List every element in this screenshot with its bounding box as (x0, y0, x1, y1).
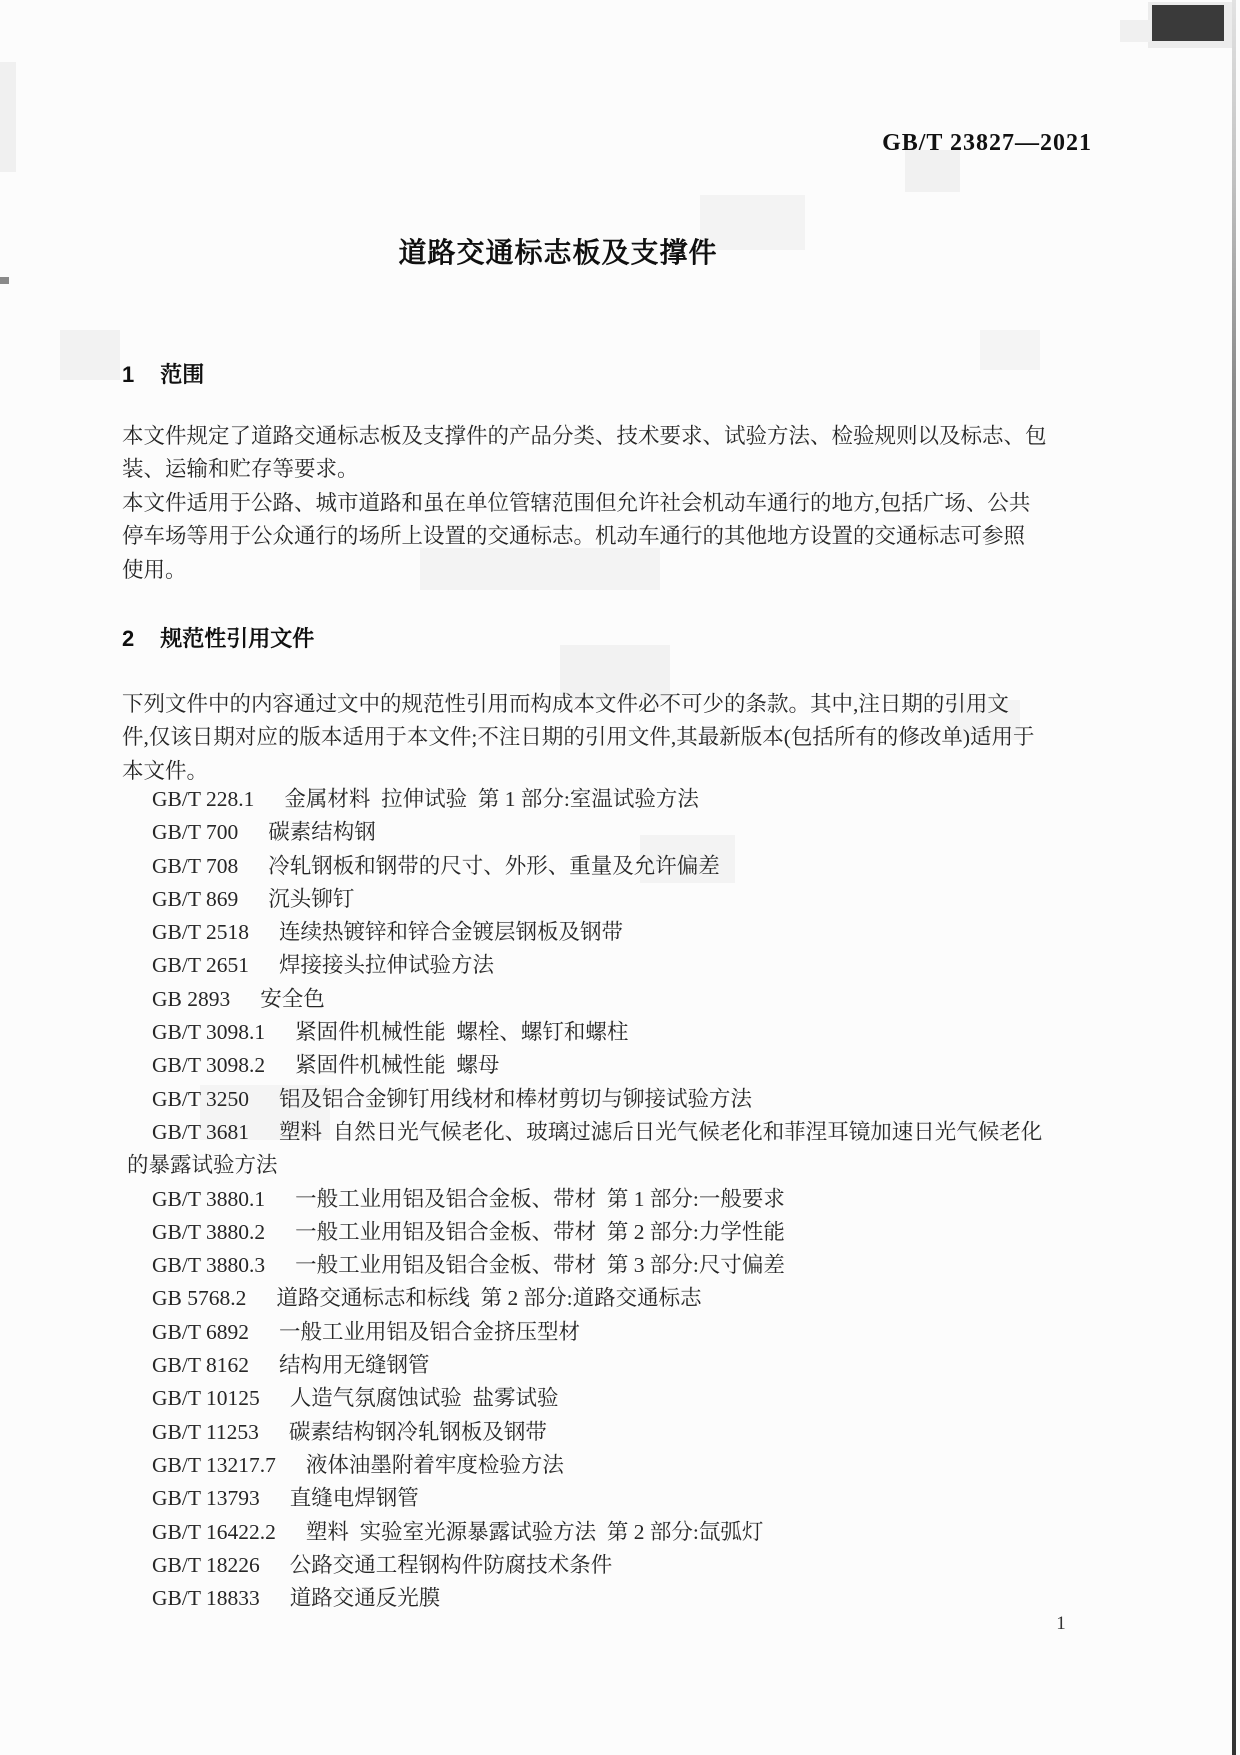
reference-line: GB/T 2651焊接接头拉伸试验方法 (122, 949, 994, 982)
reference-title: 焊接接头拉伸试验方法 (279, 953, 494, 977)
reference-code: GB/T 10125 (152, 1386, 260, 1410)
reference-code: GB/T 3880.1 (152, 1187, 265, 1211)
references-intro-paragraph: 下列文件中的内容通过文中的规范性引用而构成本文件必不可少的条款。其中,注日期的引… (122, 688, 994, 788)
reference-line: GB 2893安全色 (122, 983, 994, 1016)
normative-references-list: GB/T 228.1金属材料 拉伸试验 第 1 部分:室温试验方法GB/T 70… (122, 783, 994, 1615)
reference-code: GB/T 6892 (152, 1320, 249, 1344)
reference-line: GB/T 3880.3一般工业用铝及铝合金板、带材 第 3 部分:尺寸偏差 (122, 1249, 994, 1282)
document-page: GB/T 23827—2021 道路交通标志板及支撑件 1范围 本文件规定了道路… (0, 0, 1240, 1755)
reference-title: 塑料 实验室光源暴露试验方法 第 2 部分:氙弧灯 (306, 1520, 763, 1544)
reference-title: 碳素结构钢 (268, 820, 376, 844)
reference-title: 公路交通工程钢构件防腐技术条件 (290, 1553, 613, 1577)
reference-title: 道路交通标志和标线 第 2 部分:道路交通标志 (276, 1286, 701, 1310)
scope-paragraph-2: 本文件适用于公路、城市道路和虽在单位管辖范围但允许社会机动车通行的地方,包括广场… (122, 487, 994, 587)
reference-code: GB/T 13217.7 (152, 1453, 276, 1477)
reference-title: 沉头铆钉 (268, 887, 354, 911)
scan-artifact (1148, 2, 1236, 48)
scan-artifact (60, 330, 120, 380)
reference-title: 紧固件机械性能 螺栓、螺钉和螺柱 (295, 1020, 628, 1044)
reference-title: 人造气氛腐蚀试验 盐雾试验 (290, 1386, 559, 1410)
reference-code: GB/T 2651 (152, 953, 249, 977)
text-line: 本文件适用于公路、城市道路和虽在单位管辖范围但允许社会机动车通行的地方,包括广场… (122, 487, 994, 520)
reference-title: 结构用无缝钢管 (279, 1353, 430, 1377)
text-line: 件,仅该日期对应的版本适用于本文件;不注日期的引用文件,其最新版本(包括所有的修… (122, 721, 994, 754)
reference-line: GB/T 3681塑料 自然日光气候老化、玻璃过滤后日光气候老化和菲涅耳镜加速日… (122, 1116, 994, 1149)
reference-title: 一般工业用铝及铝合金挤压型材 (279, 1320, 580, 1344)
text-line: 停车场等用于公众通行的场所上设置的交通标志。机动车通行的其他地方设置的交通标志可… (122, 520, 994, 553)
reference-line: GB/T 11253碳素结构钢冷轧钢板及钢带 (122, 1416, 994, 1449)
reference-line: GB/T 18833道路交通反光膜 (122, 1582, 994, 1615)
page-number: 1 (1048, 1611, 1074, 1637)
reference-code: GB/T 228.1 (152, 787, 254, 811)
reference-line: GB/T 8162结构用无缝钢管 (122, 1349, 994, 1382)
reference-line: GB/T 18226公路交通工程钢构件防腐技术条件 (122, 1549, 994, 1582)
reference-code: GB/T 700 (152, 820, 238, 844)
reference-line: GB/T 13793直缝电焊钢管 (122, 1482, 994, 1515)
reference-code: GB 2893 (152, 987, 230, 1011)
reference-title: 直缝电焊钢管 (290, 1486, 419, 1510)
reference-code: GB/T 2518 (152, 920, 249, 944)
reference-line: GB/T 16422.2塑料 实验室光源暴露试验方法 第 2 部分:氙弧灯 (122, 1516, 994, 1549)
text-line: 装、运输和贮存等要求。 (122, 453, 994, 486)
reference-title: 液体油墨附着牢度检验方法 (306, 1453, 564, 1477)
reference-code: GB 5768.2 (152, 1286, 246, 1310)
reference-line: GB/T 3098.1紧固件机械性能 螺栓、螺钉和螺柱 (122, 1016, 994, 1049)
reference-title: 铝及铝合金铆钉用线材和棒材剪切与铆接试验方法 (279, 1087, 752, 1111)
scope-paragraph-1: 本文件规定了道路交通标志板及支撑件的产品分类、技术要求、试验方法、检验规则以及标… (122, 420, 994, 487)
scan-artifact-left-tick (0, 277, 9, 284)
reference-code: GB/T 18833 (152, 1586, 260, 1610)
reference-code: GB/T 11253 (152, 1420, 259, 1444)
reference-line: GB/T 708冷轧钢板和钢带的尺寸、外形、重量及允许偏差 (122, 850, 994, 883)
reference-line: GB 5768.2道路交通标志和标线 第 2 部分:道路交通标志 (122, 1282, 994, 1315)
reference-line: GB/T 13217.7液体油墨附着牢度检验方法 (122, 1449, 994, 1482)
reference-title: 一般工业用铝及铝合金板、带材 第 2 部分:力学性能 (295, 1220, 785, 1244)
section-title: 范围 (160, 362, 204, 387)
reference-title: 紧固件机械性能 螺母 (295, 1053, 499, 1077)
reference-code: GB/T 3098.1 (152, 1020, 265, 1044)
section-2-heading: 2规范性引用文件 (122, 626, 314, 652)
reference-line: GB/T 3880.2一般工业用铝及铝合金板、带材 第 2 部分:力学性能 (122, 1216, 994, 1249)
reference-line: GB/T 3880.1一般工业用铝及铝合金板、带材 第 1 部分:一般要求 (122, 1183, 994, 1216)
section-number: 2 (122, 626, 134, 651)
reference-line: GB/T 869沉头铆钉 (122, 883, 994, 916)
reference-line: GB/T 228.1金属材料 拉伸试验 第 1 部分:室温试验方法 (122, 783, 994, 816)
reference-title: 的暴露试验方法 (127, 1153, 278, 1177)
section-1-heading: 1范围 (122, 362, 204, 388)
section-number: 1 (122, 362, 134, 387)
reference-code: GB/T 18226 (152, 1553, 260, 1577)
reference-line: 的暴露试验方法 (122, 1149, 994, 1182)
text-line: 使用。 (122, 554, 994, 587)
reference-code: GB/T 3098.2 (152, 1053, 265, 1077)
reference-title: 金属材料 拉伸试验 第 1 部分:室温试验方法 (284, 787, 698, 811)
section-title: 规范性引用文件 (160, 626, 314, 651)
reference-title: 道路交通反光膜 (290, 1586, 441, 1610)
text-line: 本文件规定了道路交通标志板及支撑件的产品分类、技术要求、试验方法、检验规则以及标… (122, 420, 994, 453)
reference-code: GB/T 8162 (152, 1353, 249, 1377)
reference-title: 一般工业用铝及铝合金板、带材 第 3 部分:尺寸偏差 (295, 1253, 785, 1277)
document-title: 道路交通标志板及支撑件 (122, 236, 994, 270)
reference-title: 塑料 自然日光气候老化、玻璃过滤后日光气候老化和菲涅耳镜加速日光气候老化 (279, 1120, 1042, 1144)
reference-line: GB/T 3250铝及铝合金铆钉用线材和棒材剪切与铆接试验方法 (122, 1083, 994, 1116)
reference-code: GB/T 3681 (152, 1120, 249, 1144)
reference-line: GB/T 6892一般工业用铝及铝合金挤压型材 (122, 1316, 994, 1349)
reference-line: GB/T 10125人造气氛腐蚀试验 盐雾试验 (122, 1382, 994, 1415)
reference-code: GB/T 3880.3 (152, 1253, 265, 1277)
scan-artifact (1120, 20, 1150, 42)
reference-line: GB/T 2518连续热镀锌和锌合金镀层钢板及钢带 (122, 916, 994, 949)
reference-code: GB/T 13793 (152, 1486, 260, 1510)
text-line: 下列文件中的内容通过文中的规范性引用而构成本文件必不可少的条款。其中,注日期的引… (122, 688, 994, 721)
reference-code: GB/T 3250 (152, 1087, 249, 1111)
scan-artifact (0, 62, 16, 172)
reference-title: 冷轧钢板和钢带的尺寸、外形、重量及允许偏差 (268, 854, 720, 878)
page-edge-scan-line (1232, 0, 1236, 1755)
reference-code: GB/T 869 (152, 887, 238, 911)
reference-code: GB/T 16422.2 (152, 1520, 276, 1544)
page-content: 道路交通标志板及支撑件 1范围 本文件规定了道路交通标志板及支撑件的产品分类、技… (122, 0, 994, 1755)
reference-line: GB/T 3098.2紧固件机械性能 螺母 (122, 1049, 994, 1082)
reference-title: 安全色 (260, 987, 325, 1011)
scan-artifact-dark-block (1152, 5, 1224, 41)
reference-code: GB/T 708 (152, 854, 238, 878)
reference-code: GB/T 3880.2 (152, 1220, 265, 1244)
reference-title: 一般工业用铝及铝合金板、带材 第 1 部分:一般要求 (295, 1187, 785, 1211)
reference-title: 连续热镀锌和锌合金镀层钢板及钢带 (279, 920, 623, 944)
reference-line: GB/T 700碳素结构钢 (122, 816, 994, 849)
reference-title: 碳素结构钢冷轧钢板及钢带 (289, 1420, 547, 1444)
